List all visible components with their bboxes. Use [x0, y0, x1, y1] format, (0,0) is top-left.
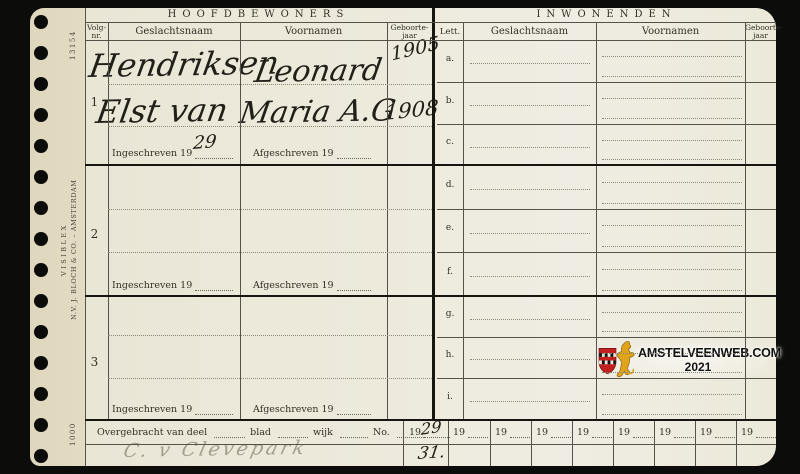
year-cell: 19 [536, 427, 571, 438]
dotted-fill [551, 428, 571, 438]
dotted-fill [633, 428, 653, 438]
punch-hole [34, 170, 48, 184]
punch-hole [34, 387, 48, 401]
handwritten-pencil-street-note: C. v Clevepark [122, 439, 310, 461]
column-header-lett: Lett. [437, 27, 463, 37]
punch-hole [34, 232, 48, 246]
dotted-writing-line [602, 225, 742, 227]
year-prefix: 19 [495, 427, 507, 438]
dotted-fill [214, 428, 245, 438]
dotted-writing-line [470, 276, 590, 278]
row-number-3: 3 [86, 355, 103, 369]
dotted-writing-line [602, 56, 742, 58]
grid-line-horizontal [85, 444, 776, 445]
letter-label-g: g. [437, 309, 463, 319]
dotted-writing-line [602, 182, 742, 184]
ingeschreven-label-row2: Ingeschreven 19 [112, 280, 233, 291]
brand-name-vertical: VISIBLEX [60, 207, 68, 293]
column-header-geboortejaar-inwonend-line2: jaar [745, 32, 776, 40]
blad-label: blad [250, 427, 271, 438]
letter-label-d: d. [437, 180, 463, 190]
watermark: AMSTELVEENWEB.COM 2021 [596, 339, 768, 381]
year-prefix: 19 [536, 427, 548, 438]
dotted-writing-line [602, 159, 742, 161]
year-cell: 19 [453, 427, 488, 438]
handwritten-registration-number: 31. [417, 444, 447, 463]
punch-hole [34, 108, 48, 122]
grid-line-vertical [403, 420, 404, 466]
year-cell: 19 [495, 427, 530, 438]
punch-hole [34, 356, 48, 370]
row-separator-line [85, 164, 776, 166]
ingeschreven-text: Ingeschreven 19 [112, 148, 192, 159]
year-cell: 19 [577, 427, 612, 438]
row-separator-line [85, 295, 776, 297]
column-header-geboortejaar-inwonend: Geboorte- jaar [745, 24, 776, 40]
dotted-fill [468, 428, 488, 438]
grid-line-vertical [387, 22, 388, 420]
dotted-writing-line [602, 312, 742, 314]
year-cell: 19 [618, 427, 653, 438]
overgebracht-label: Overgebracht van deel [97, 427, 207, 438]
footer-transfer-line: Overgebracht van deel blad wijk No. [97, 427, 432, 438]
grid-line-vertical [531, 420, 532, 466]
grid-line-horizontal [437, 82, 776, 83]
punch-hole [34, 77, 48, 91]
no-label: No. [373, 427, 390, 438]
year-prefix: 19 [659, 427, 671, 438]
population-register-card-scan: 13154 VISIBLEX N.V. J. BLOCH & CO. – AMS… [0, 0, 800, 474]
grid-line-horizontal [437, 337, 776, 338]
column-header-voornamen-inwonend: Voornamen [596, 26, 745, 37]
dotted-writing-line [470, 359, 590, 361]
afgeschreven-text: Afgeschreven 19 [253, 280, 334, 291]
row-separator-line [85, 419, 776, 421]
grid-line-vertical [240, 22, 241, 420]
dotted-writing-line [108, 378, 432, 380]
dotted-fill [337, 405, 371, 415]
dotted-fill [340, 428, 368, 438]
grid-line-horizontal [437, 252, 776, 253]
year-prefix: 19 [741, 427, 753, 438]
column-header-volgnr-line2: nr. [85, 32, 108, 40]
afgeschreven-label-row2: Afgeschreven 19 [253, 280, 371, 291]
dotted-fill [195, 281, 233, 291]
column-header-voornamen-hoofd: Voornamen [240, 26, 387, 37]
dotted-writing-line [602, 76, 742, 78]
grid-line-horizontal [437, 378, 776, 379]
dotted-writing-line [602, 140, 742, 142]
grid-line-vertical [85, 8, 86, 466]
afgeschreven-text: Afgeschreven 19 [253, 404, 334, 415]
dotted-writing-line [470, 401, 590, 403]
handwritten-surname-line2: Elst van [94, 94, 230, 128]
dotted-writing-line [108, 126, 432, 128]
section-title-hoofdbewoners: HOOFDBEWONERS [85, 9, 432, 20]
grid-line-horizontal [85, 40, 776, 41]
year-prefix: 19 [453, 427, 465, 438]
letter-label-i: i. [437, 392, 463, 402]
dotted-fill [715, 428, 735, 438]
dotted-writing-line [602, 394, 742, 396]
dotted-writing-line [108, 252, 432, 254]
punch-hole [34, 325, 48, 339]
handwritten-firstname-line2: Maria A.G [237, 96, 397, 129]
letter-label-f: f. [437, 267, 463, 277]
punch-hole [34, 418, 48, 432]
punch-hole [34, 201, 48, 215]
dotted-writing-line [108, 209, 432, 211]
column-header-geslachtsnaam-inwonend: Geslachtsnaam [463, 26, 596, 37]
grid-line-vertical [654, 420, 655, 466]
letter-label-e: e. [437, 223, 463, 233]
dotted-writing-line [602, 331, 742, 333]
dotted-fill [195, 405, 233, 415]
dotted-fill [337, 149, 371, 159]
grid-line-vertical [448, 420, 449, 466]
section-divider-line [432, 8, 435, 420]
punch-hole [34, 449, 48, 463]
column-header-volgnr: Volg- nr. [85, 24, 108, 40]
afgeschreven-label-row1: Afgeschreven 19 [253, 148, 371, 159]
handwritten-footer-year: 29 [421, 419, 442, 438]
dotted-writing-line [108, 335, 432, 337]
grid-line-horizontal [437, 124, 776, 125]
grid-line-horizontal [437, 209, 776, 210]
punch-hole [34, 139, 48, 153]
year-prefix: 19 [577, 427, 589, 438]
grid-line-vertical [736, 420, 737, 466]
grid-line-vertical [613, 420, 614, 466]
dotted-writing-line [602, 246, 742, 248]
dotted-writing-line [602, 290, 742, 292]
dotted-fill [337, 281, 371, 291]
dotted-fill [674, 428, 694, 438]
afgeschreven-text: Afgeschreven 19 [253, 148, 334, 159]
dotted-fill [592, 428, 612, 438]
punch-hole [34, 15, 48, 29]
afgeschreven-label-row3: Afgeschreven 19 [253, 404, 371, 415]
punch-hole [34, 46, 48, 60]
dotted-writing-line [470, 319, 590, 321]
dotted-writing-line [108, 84, 432, 86]
dotted-writing-line [470, 63, 590, 65]
ingeschreven-text: Ingeschreven 19 [112, 404, 192, 415]
dotted-writing-line [602, 203, 742, 205]
dotted-writing-line [602, 98, 742, 100]
ingeschreven-label-row3: Ingeschreven 19 [112, 404, 233, 415]
dotted-fill [510, 428, 530, 438]
punch-hole [34, 294, 48, 308]
year-cell: 19 [659, 427, 694, 438]
handwritten-ingeschreven-year: 29 [192, 133, 217, 153]
year-prefix: 19 [700, 427, 712, 438]
card-serial-number: 13154 [69, 27, 77, 63]
handwritten-birthyear-line2: 1908 [384, 97, 439, 123]
letter-label-b: b. [437, 96, 463, 106]
year-cell: 19 [741, 427, 776, 438]
dotted-writing-line [602, 353, 742, 355]
dotted-writing-line [470, 233, 590, 235]
dotted-writing-line [470, 105, 590, 107]
year-cell: 19 [700, 427, 735, 438]
letter-label-a: a. [437, 54, 463, 64]
dotted-writing-line [602, 372, 742, 374]
punch-hole [34, 263, 48, 277]
dotted-writing-line [602, 269, 742, 271]
wijk-label: wijk [313, 427, 333, 438]
handwritten-surname-line1: Hendriksen [87, 47, 281, 82]
ingeschreven-text: Ingeschreven 19 [112, 280, 192, 291]
letter-label-h: h. [437, 350, 463, 360]
grid-line-vertical [108, 22, 109, 420]
letter-label-c: c. [437, 137, 463, 147]
grid-line-vertical [572, 420, 573, 466]
dotted-writing-line [470, 147, 590, 149]
dotted-writing-line [602, 414, 742, 416]
column-header-geslachtsnaam-hoofd: Geslachtsnaam [108, 26, 240, 37]
section-title-inwonenden: INWONENDEN [437, 9, 776, 20]
grid-line-horizontal [85, 22, 776, 23]
publisher-name-vertical: N.V. J. BLOCH & CO. – AMSTERDAM [70, 176, 78, 324]
dotted-writing-line [470, 189, 590, 191]
grid-line-vertical [490, 420, 491, 466]
row-number-2: 2 [86, 227, 103, 241]
dotted-writing-line [602, 118, 742, 120]
stock-code-vertical: 1000 [69, 418, 77, 450]
grid-line-vertical [695, 420, 696, 466]
year-prefix: 19 [618, 427, 630, 438]
dotted-fill [756, 428, 776, 438]
year-prefix: 19 [409, 427, 421, 438]
